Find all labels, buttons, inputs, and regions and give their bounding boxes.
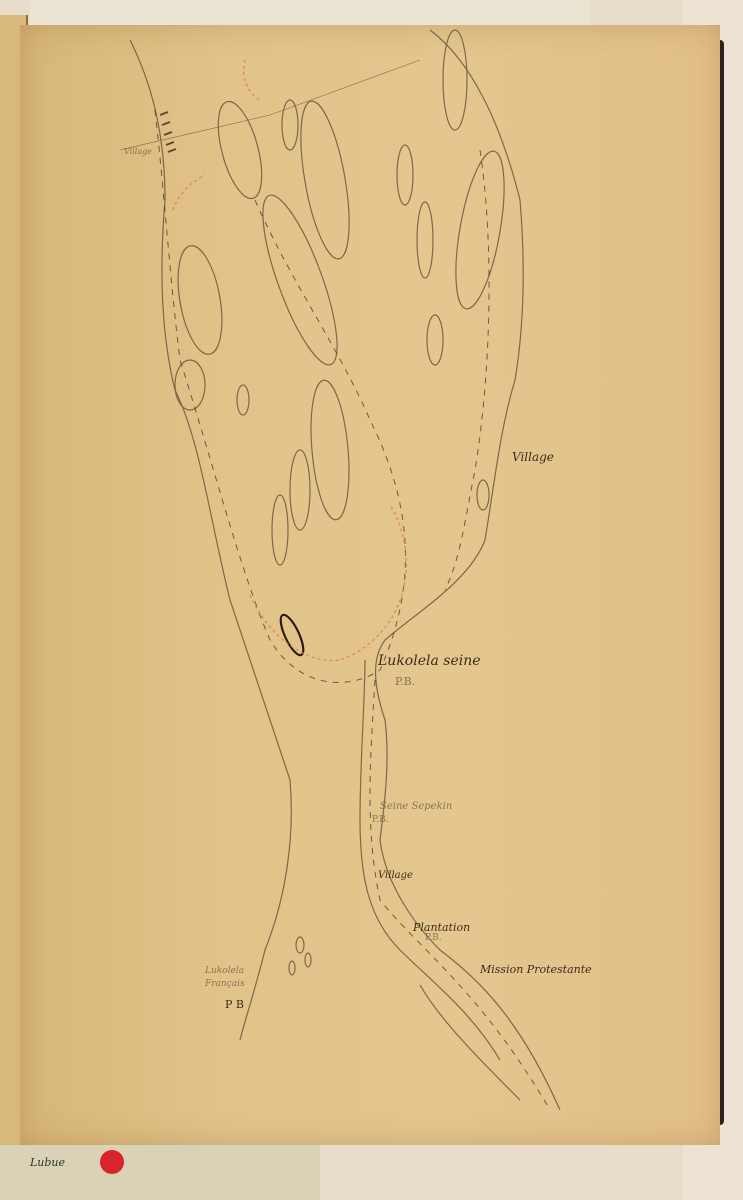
background-printed-map-bottom: Lubue [0,1140,320,1200]
label-lukolela-francais-2: Français [205,979,245,989]
background-map-label: Lubue [30,1156,65,1169]
label-village-top-left: Village [124,147,152,156]
label-village-lower: Village [378,870,413,881]
label-lukolela-seine: Lukolela seine [378,653,481,669]
label-lukolela-seine-pb: P.B. [395,675,415,688]
label-plantation-pb: P.B. [425,933,442,943]
label-mission-protestante: Mission Protestante [480,963,592,976]
label-lukolela-francais-1: Lukolela [205,966,244,976]
notebook-page: Village Village Lukolela seine P.B. Sein… [20,25,720,1145]
label-seine-sepekin-pb: P.B. [372,815,389,825]
label-village-right: Village [512,450,554,464]
label-lukolela-francais-pb: P B [225,998,244,1011]
label-seine-sepekin: Seine Sepekin [380,801,452,812]
red-marker [100,1150,124,1174]
river-sketch [20,25,720,1145]
